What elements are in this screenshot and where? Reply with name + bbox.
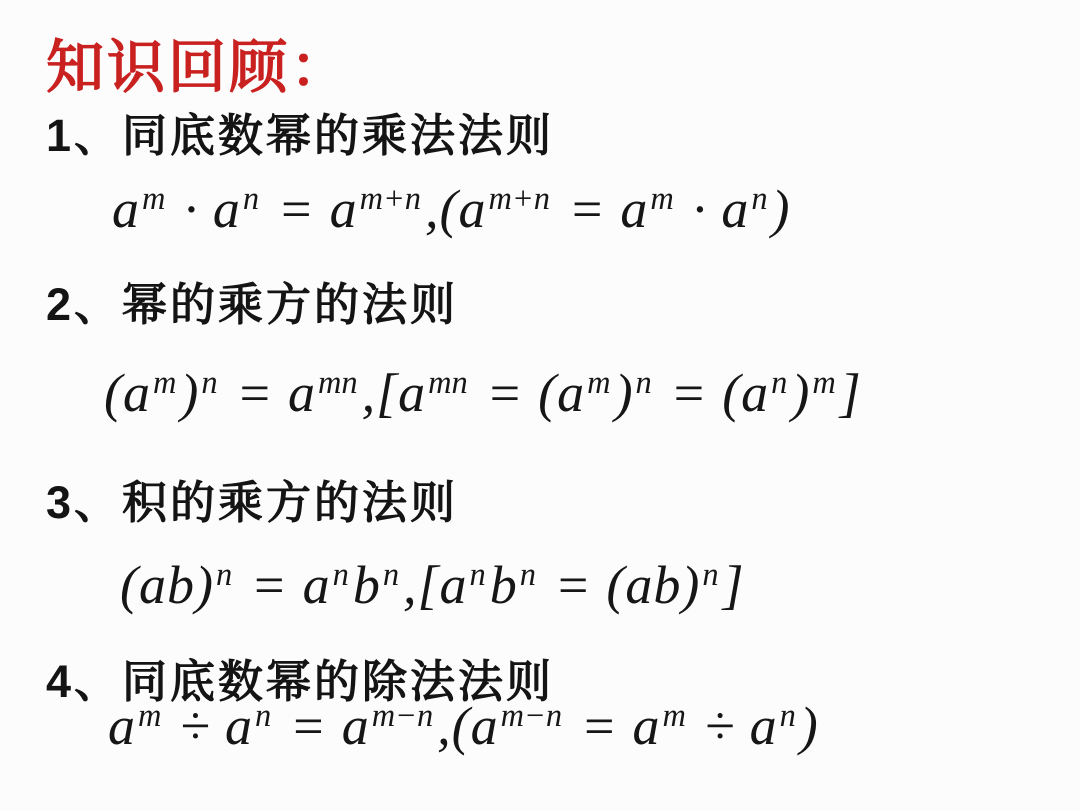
slide: 知识回顾： 1、同底数幂的乘法法则 am · an = am+n,(am+n =… — [0, 0, 1080, 810]
rule-4-formula: am ÷ an = am−n,(am−n = am ÷ an) — [108, 694, 819, 759]
rule-3-heading: 3、积的乘方的法则 — [46, 466, 458, 531]
rule-2-heading: 2、幂的乘方的法则 — [46, 268, 458, 333]
rule-1-heading: 1、同底数幂的乘法法则 — [46, 99, 554, 164]
page-title: 知识回顾： — [46, 20, 351, 104]
rule-2-formula: (am)n = amn,[amn = (am)n = (an)m] — [104, 361, 862, 426]
rule-1-formula: am · an = am+n,(am+n = am · an) — [112, 177, 791, 242]
rule-3-formula: (ab)n = anbn,[anbn = (ab)n] — [120, 553, 745, 618]
